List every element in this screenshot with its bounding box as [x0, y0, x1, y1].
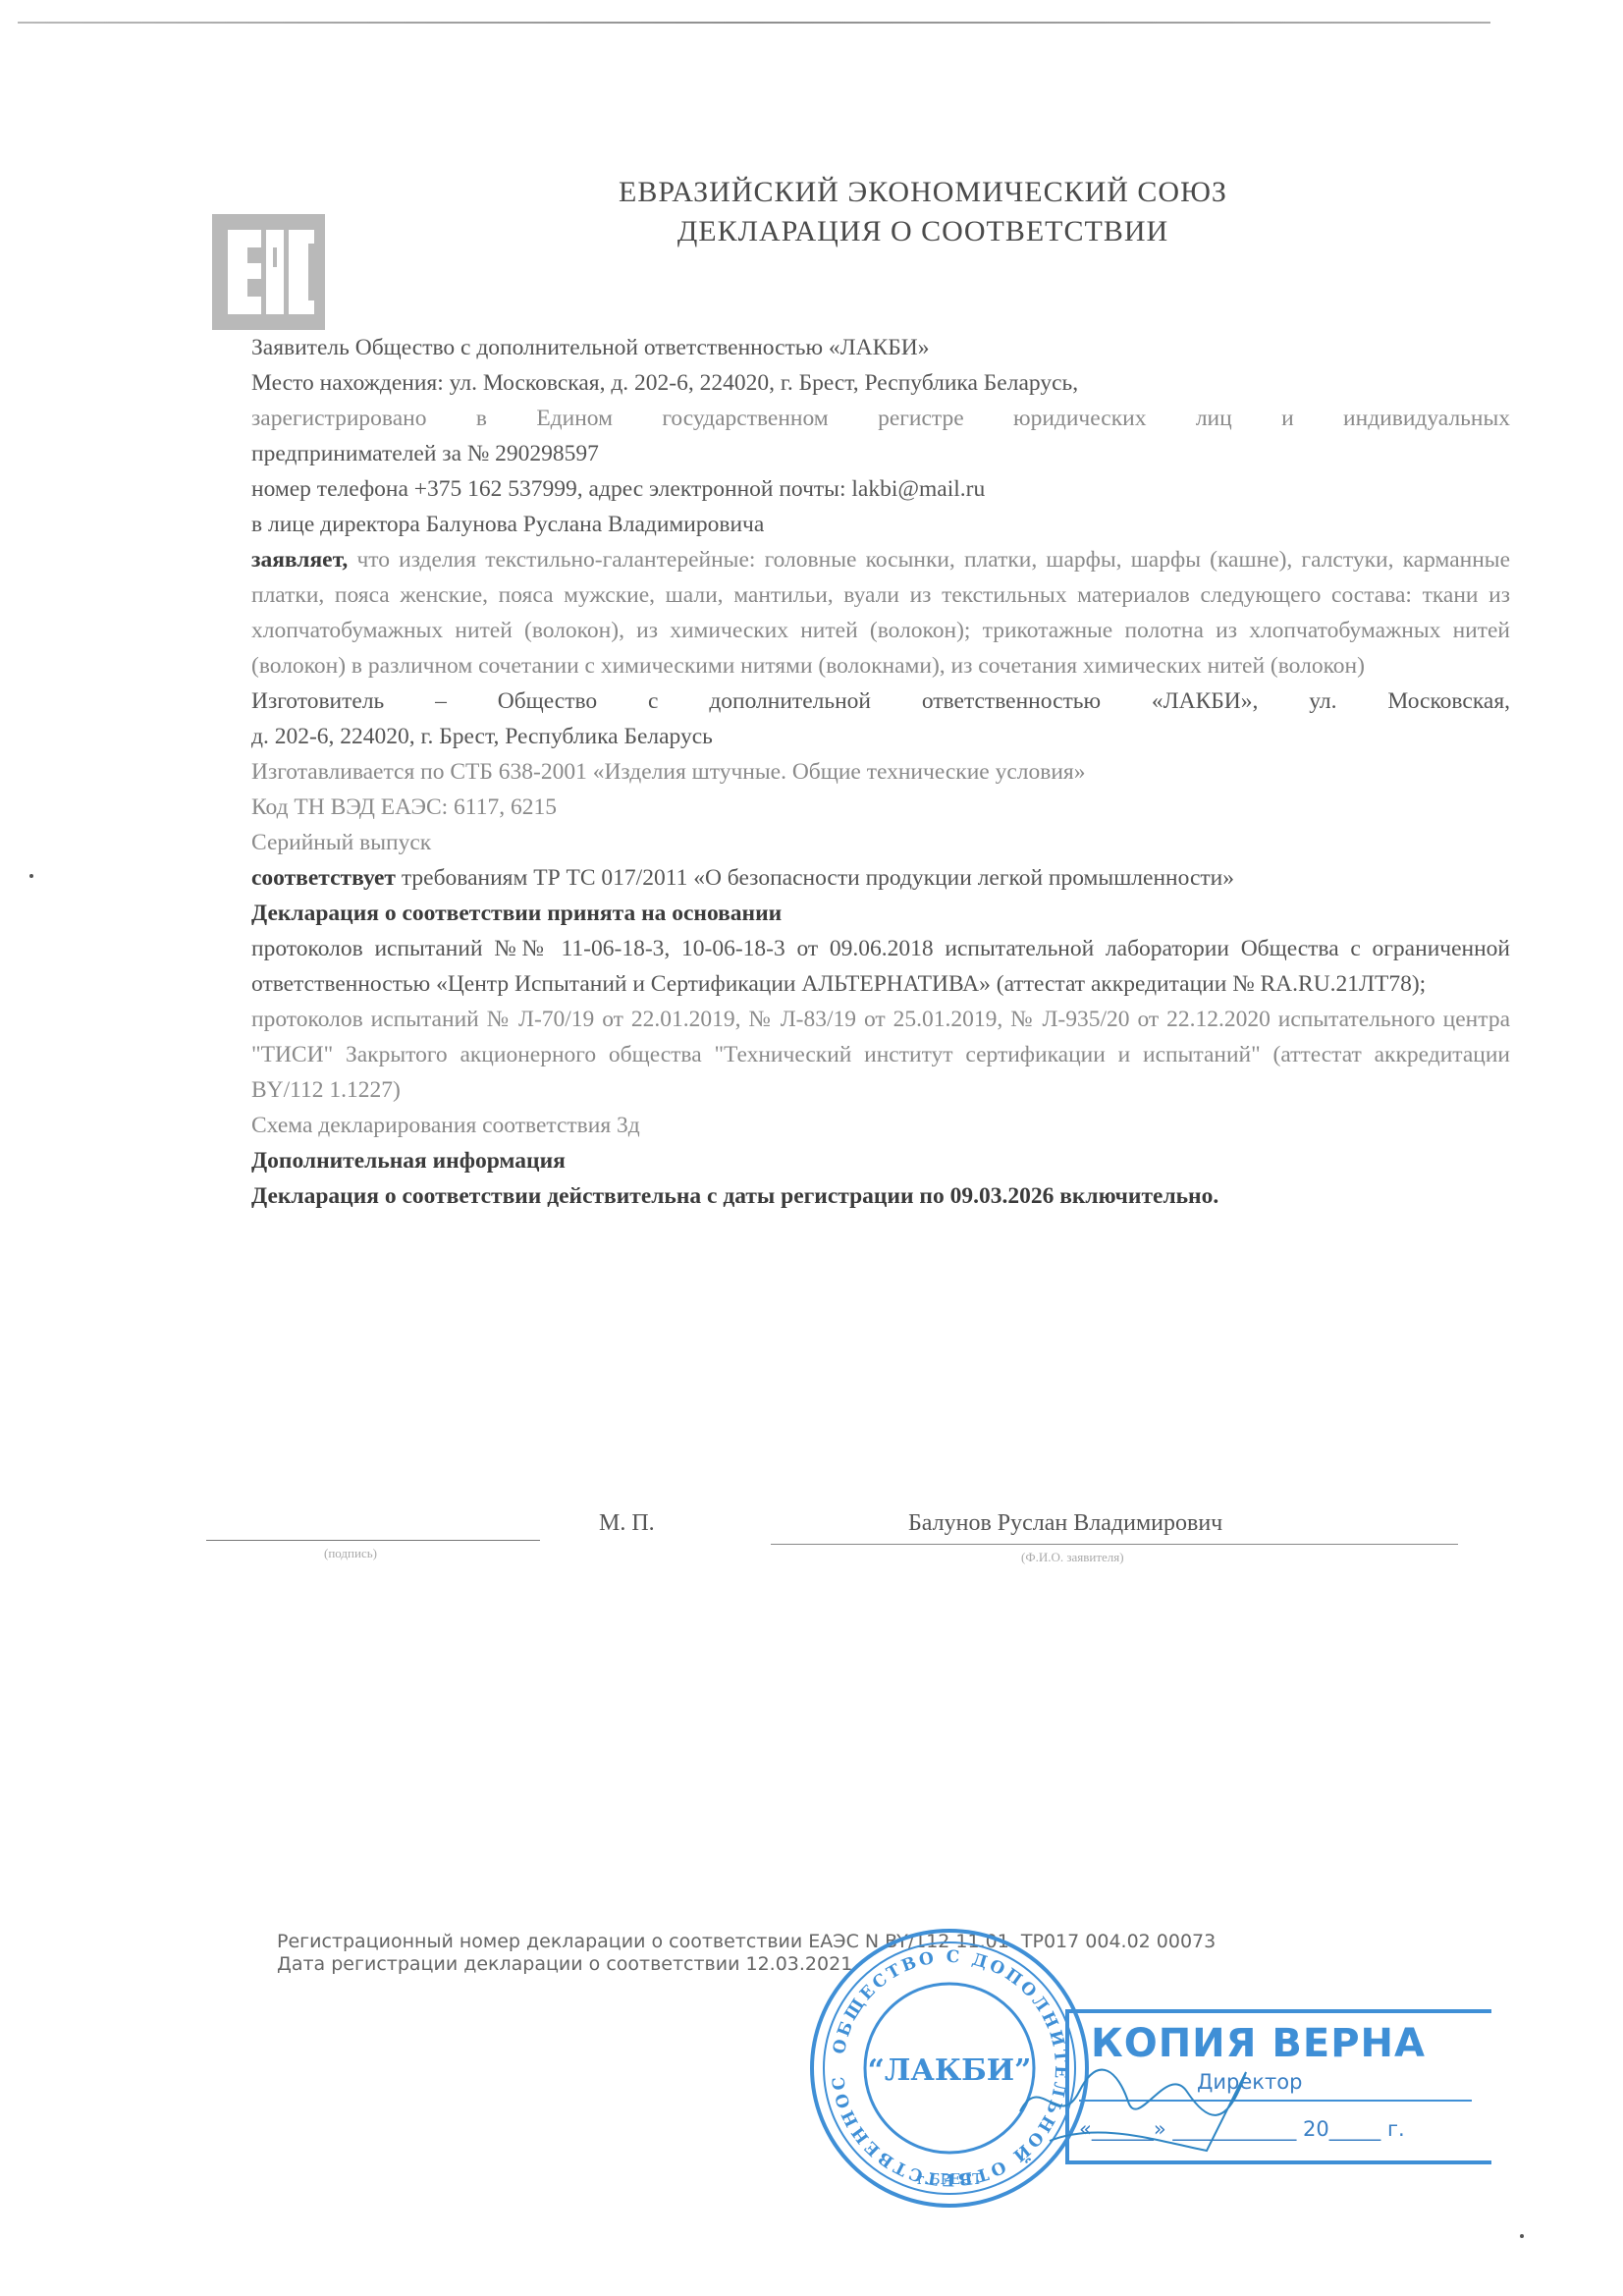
basis-protocols-1: протоколов испытаний №№ 11-06-18-3, 10-0…: [251, 931, 1510, 1002]
scan-speck: [29, 874, 33, 878]
applicant-address: Место нахождения: ул. Московская, д. 202…: [251, 365, 1510, 401]
applicant-name: Общество с дополнительной ответственност…: [355, 335, 930, 360]
signature-caption: (подпись): [324, 1546, 377, 1561]
basis-heading: Декларация о соответствии принята на осн…: [251, 896, 1510, 931]
manufacturer-address: д. 202-6, 224020, г. Брест, Республика Б…: [251, 719, 1510, 754]
signatory-caption: (Ф.И.О. заявителя): [1021, 1550, 1124, 1565]
declaration-scheme: Схема декларирования соответствия 3д: [251, 1108, 1510, 1143]
scan-edge-line: [18, 22, 1490, 24]
title-declaration: ДЕКЛАРАЦИЯ О СООТВЕТСТВИИ: [530, 212, 1316, 251]
tn-ved-code: Код ТН ВЭД ЕАЭС: 6117, 6215: [251, 790, 1510, 825]
applicant-line: Заявитель Общество с дополнительной отве…: [251, 330, 1510, 365]
eac-logo-icon: [212, 214, 325, 330]
scan-speck: [1520, 2234, 1524, 2238]
release-type: Серийный выпуск: [251, 825, 1510, 860]
conformity-statement: соответствует требованиям ТР ТС 017/2011…: [251, 860, 1510, 896]
signatory-line: [771, 1544, 1458, 1545]
handwritten-signature-icon: [1010, 2043, 1305, 2160]
manufacturer: Изготовитель – Общество с дополнительной…: [251, 683, 1510, 719]
seal-place-label: М. П.: [599, 1510, 655, 1537]
validity-statement: Декларация о соответствии действительна …: [251, 1178, 1510, 1214]
applicant-contacts: номер телефона +375 162 537999, адрес эл…: [251, 471, 1510, 507]
product-description: заявляет, что изделия текстильно-галанте…: [251, 542, 1510, 683]
signature-block: (подпись) М. П. Балунов Руслан Владимиро…: [177, 1503, 1473, 1601]
svg-text:“ЛАКБИ”: “ЛАКБИ”: [868, 2053, 1032, 2088]
svg-text:г.БРЕСТ: г.БРЕСТ: [917, 2170, 982, 2188]
document-title: ЕВРАЗИЙСКИЙ ЭКОНОМИЧЕСКИЙ СОЮЗ ДЕКЛАРАЦИ…: [530, 173, 1316, 251]
applicant-registration-number: предпринимателей за № 290298597: [251, 436, 1510, 471]
applicant-representative: в лице директора Балунова Руслана Владим…: [251, 507, 1510, 542]
applicant-registration: зарегистрировано в Едином государственно…: [251, 401, 1510, 436]
signatory-name: Балунов Руслан Владимирович: [908, 1510, 1222, 1537]
manufacturing-standard: Изготавливается по СТБ 638-2001 «Изделия…: [251, 754, 1510, 790]
basis-protocols-2: протоколов испытаний № Л-70/19 от 22.01.…: [251, 1002, 1510, 1108]
additional-info-heading: Дополнительная информация: [251, 1143, 1510, 1178]
declaration-body: Заявитель Общество с дополнительной отве…: [251, 330, 1510, 1214]
title-union: ЕВРАЗИЙСКИЙ ЭКОНОМИЧЕСКИЙ СОЮЗ: [530, 173, 1316, 212]
signature-line: [206, 1540, 540, 1541]
certified-copy-stamp: КОПИЯ ВЕРНА Директор «______» __________…: [1065, 2009, 1491, 2164]
